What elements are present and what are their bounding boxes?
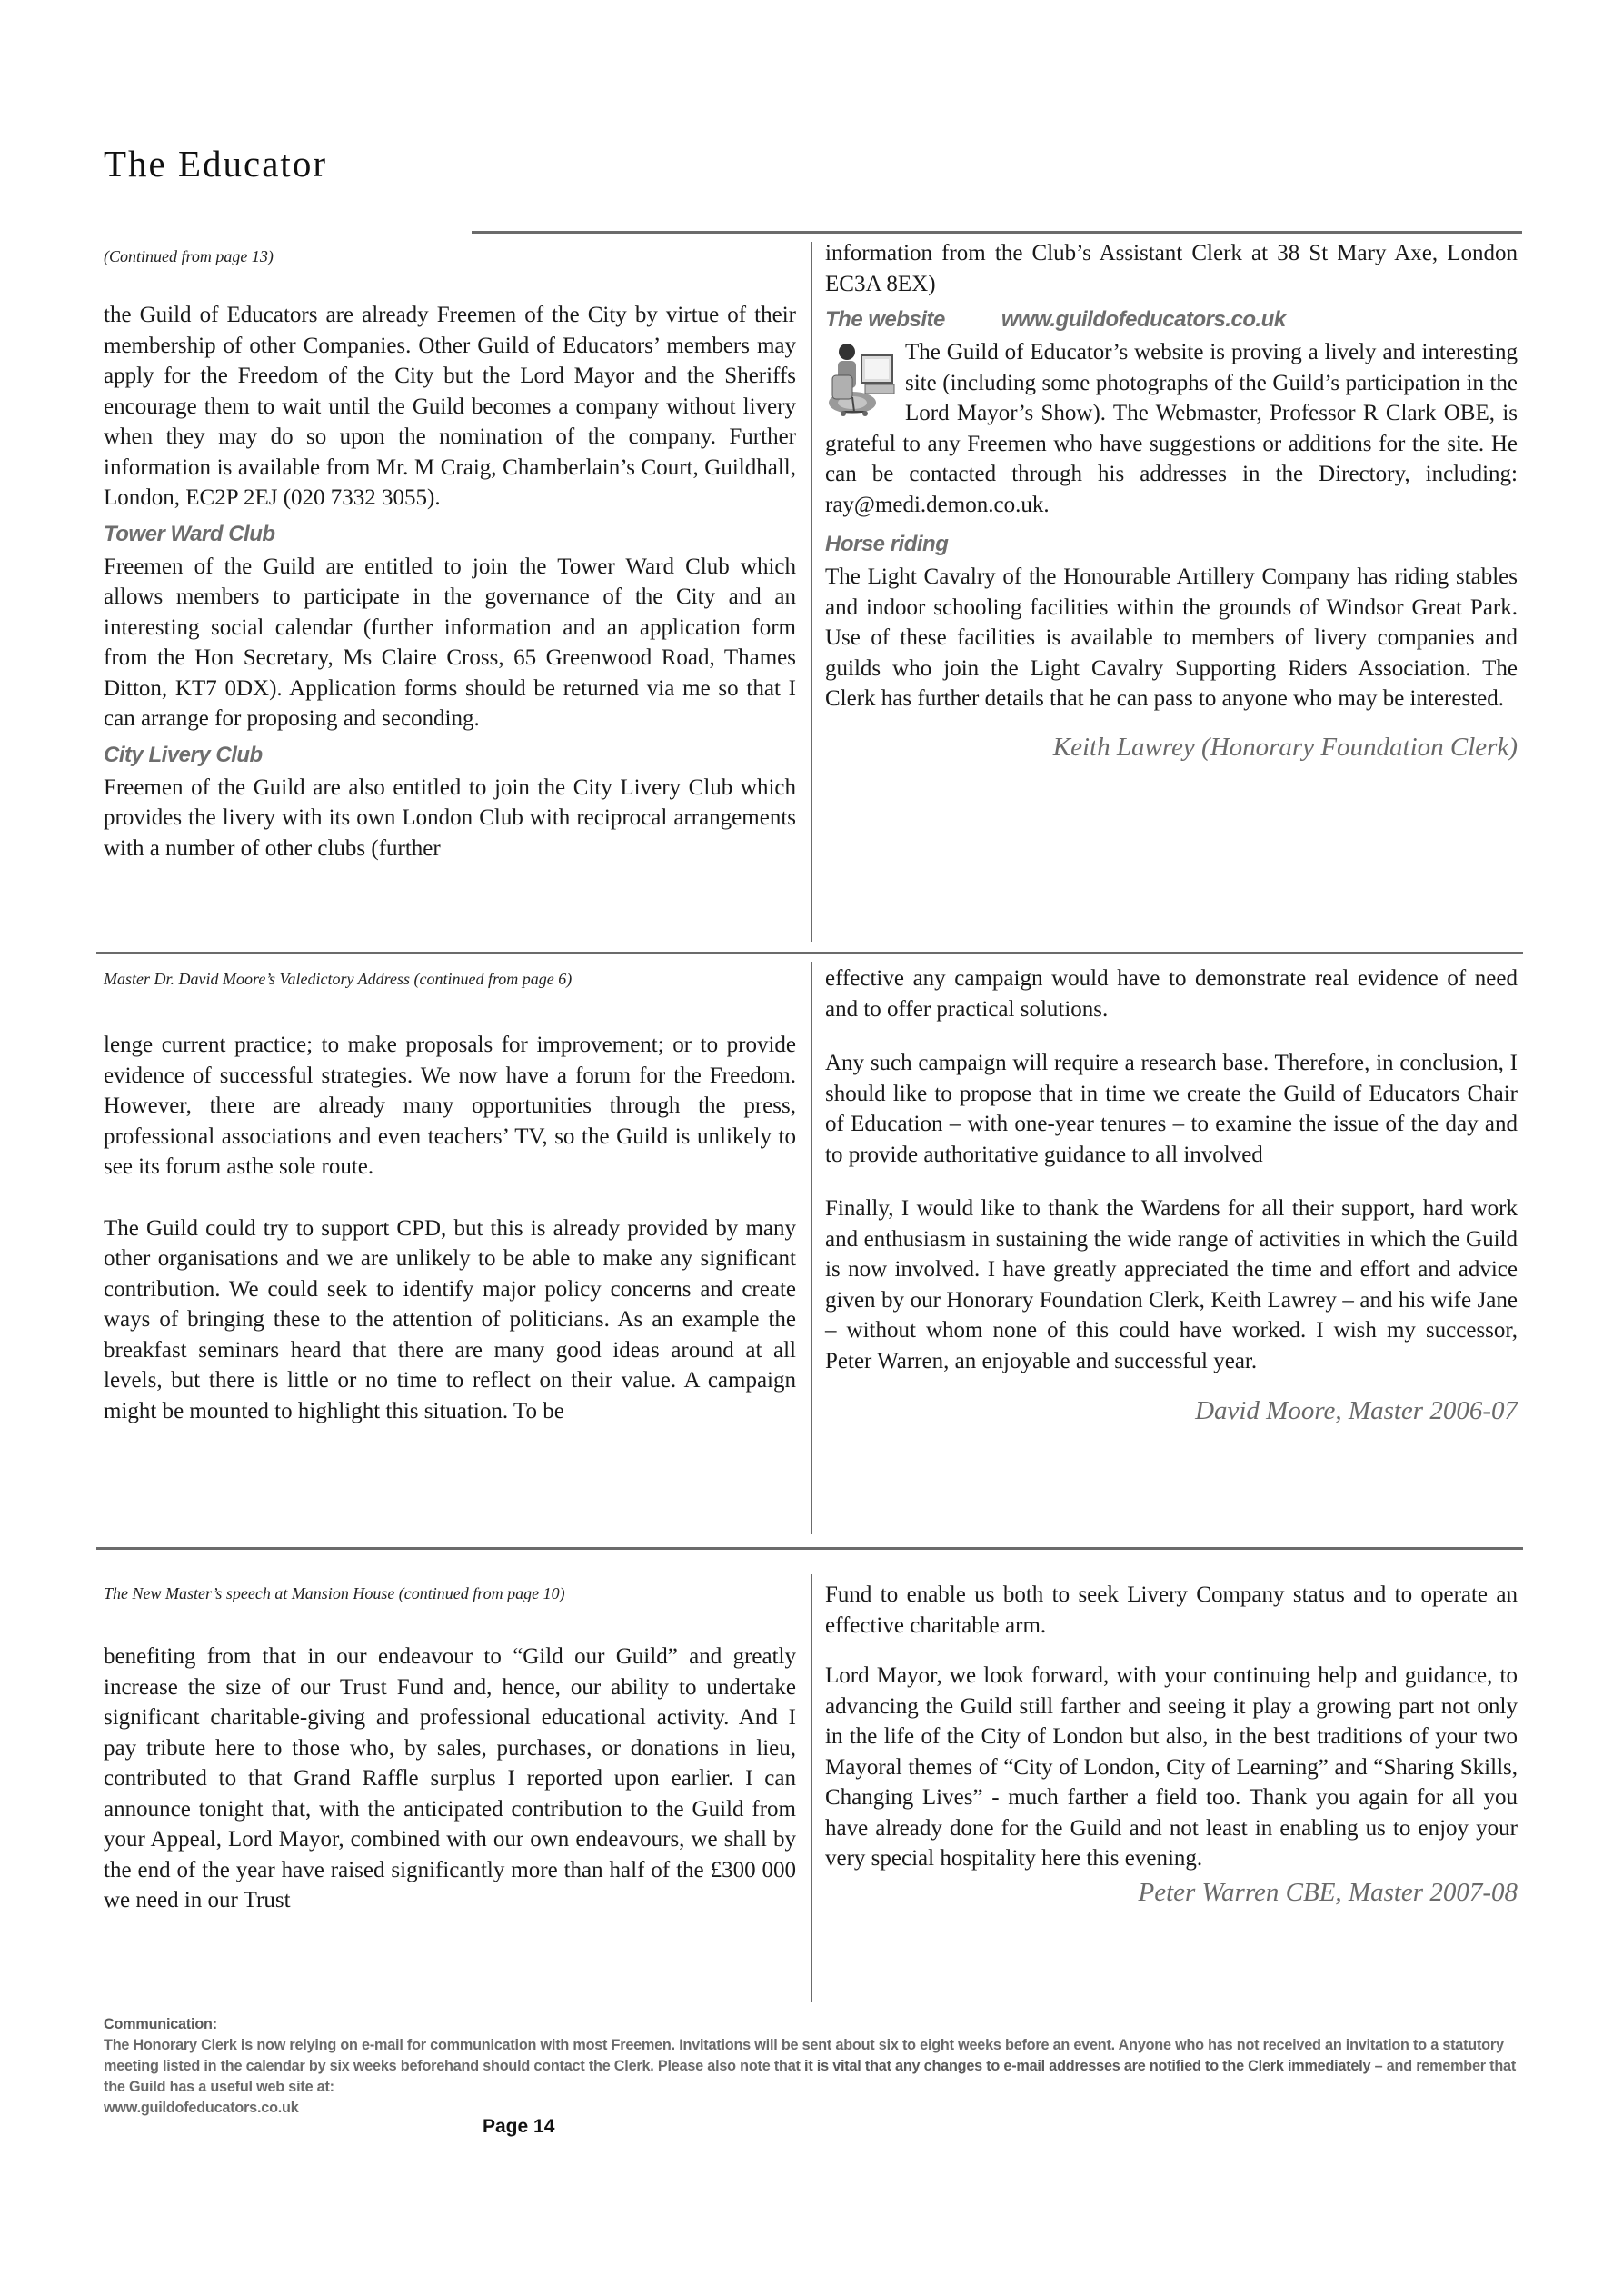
keith-lawrey-signature: Keith Lawrey (Honorary Foundation Clerk) bbox=[825, 733, 1518, 764]
footer-website-link[interactable]: www.guildofeducators.co.uk bbox=[104, 2098, 1521, 2119]
valedictory-paragraph-4: Any such campaign will require a researc… bbox=[825, 1048, 1518, 1170]
mansion-house-paragraph-3: Lord Mayor, we look forward, with your c… bbox=[825, 1661, 1518, 1874]
section3-top-rule bbox=[96, 1547, 1523, 1550]
section1-left-column: the Guild of Educators are already Freem… bbox=[104, 300, 796, 863]
section2-continued-note: Master Dr. David Moore’s Valedictory Add… bbox=[104, 970, 572, 989]
section1-top-rule bbox=[472, 231, 1522, 234]
section2-left-column: lenge current practice; to make proposal… bbox=[104, 1030, 796, 1426]
mansion-house-paragraph-1: benefiting from that in our endeavour to… bbox=[104, 1642, 796, 1916]
section2-top-rule bbox=[96, 952, 1523, 954]
communication-notice: Communication: The Honorary Clerk is now… bbox=[104, 2034, 1521, 2119]
section3-continued-note: The New Master’s speech at Mansion House… bbox=[104, 1584, 565, 1603]
website-paragraph: The Guild of Educator’s website is provi… bbox=[825, 337, 1518, 520]
page-number: Page 14 bbox=[483, 2116, 554, 2138]
horse-riding-paragraph: The Light Cavalry of the Honourable Arti… bbox=[825, 562, 1518, 714]
david-moore-signature: David Moore, Master 2006-07 bbox=[825, 1396, 1518, 1427]
section1-continued-note: (Continued from page 13) bbox=[104, 247, 274, 266]
section1-right-column: information from the Club’s Assistant Cl… bbox=[825, 238, 1518, 763]
valedictory-paragraph-3: effective any campaign would have to dem… bbox=[825, 963, 1518, 1024]
person-at-computer-icon bbox=[825, 339, 898, 421]
city-livery-club-heading: City Livery Club bbox=[104, 740, 796, 771]
city-livery-club-continued: information from the Club’s Assistant Cl… bbox=[825, 238, 1518, 299]
section2-column-divider bbox=[811, 962, 812, 1534]
freedom-paragraph: the Guild of Educators are already Freem… bbox=[104, 300, 796, 514]
valedictory-paragraph-1: lenge current practice; to make proposal… bbox=[104, 1030, 796, 1183]
website-heading-row: The website www.guildofeducators.co.uk bbox=[825, 304, 1518, 335]
website-heading: The website bbox=[825, 304, 945, 335]
section3-right-column: Fund to enable us both to seek Livery Co… bbox=[825, 1580, 1518, 1908]
section3-left-column: benefiting from that in our endeavour to… bbox=[104, 1642, 796, 1916]
peter-warren-signature: Peter Warren CBE, Master 2007-08 bbox=[825, 1878, 1518, 1909]
tower-ward-club-heading: Tower Ward Club bbox=[104, 519, 796, 550]
mansion-house-paragraph-2: Fund to enable us both to seek Livery Co… bbox=[825, 1580, 1518, 1641]
communication-heading: Communication: bbox=[104, 2014, 1521, 2035]
section2-right-column: effective any campaign would have to dem… bbox=[825, 963, 1518, 1427]
valedictory-paragraph-5: Finally, I would like to thank the Warde… bbox=[825, 1193, 1518, 1376]
section1-column-divider bbox=[811, 242, 812, 942]
tower-ward-club-paragraph: Freemen of the Guild are entitled to joi… bbox=[104, 552, 796, 734]
city-livery-club-paragraph: Freemen of the Guild are also entitled t… bbox=[104, 773, 796, 864]
section3-column-divider bbox=[811, 1574, 812, 2002]
newsletter-title: The Educator bbox=[104, 142, 327, 185]
valedictory-paragraph-2: The Guild could try to support CPD, but … bbox=[104, 1213, 796, 1427]
communication-emphasis: it is vital that any changes to e-mail a… bbox=[804, 2058, 1370, 2074]
horse-riding-heading: Horse riding bbox=[825, 529, 1518, 560]
website-url-link[interactable]: www.guildofeducators.co.uk bbox=[1001, 304, 1286, 335]
